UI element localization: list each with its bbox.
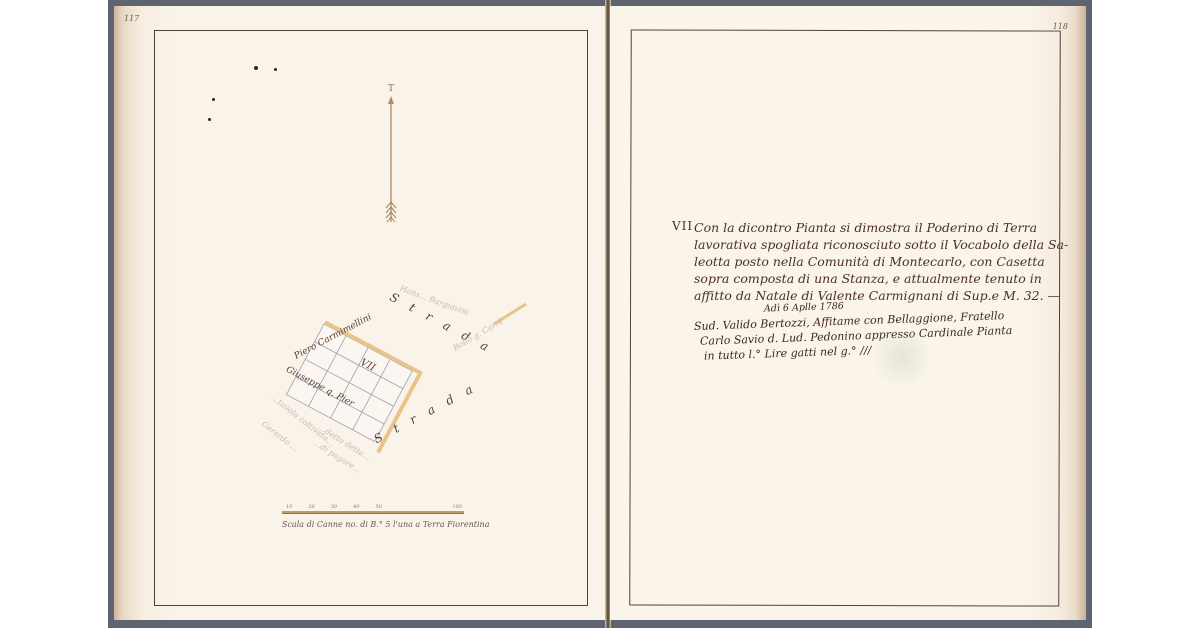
scale-ticks: 10 20 30 40 50 100 [282,504,464,510]
paragraph-line: Con la dicontro Pianta si dimostra il Po… [694,219,1054,236]
property-map: S t r a d a S t r a d a Piero Carmimelli… [264,266,534,476]
book-scan: 117 T [108,0,1092,628]
scale-caption: Scala di Canne no. di B.° 5 l'una a Terr… [282,520,464,529]
entry-text-block: VII Con la dicontro Pianta si dimostra i… [694,219,1054,364]
map-scale-bar: 10 20 30 40 50 100 Scala di Canne no. di… [282,504,464,529]
folio-number-left: 117 [124,14,139,23]
right-page: 118 VII Con la dicontro Pianta si dimost… [610,6,1086,620]
scale-line [282,511,464,514]
ink-spot [274,68,277,71]
ink-spot [254,66,258,70]
ink-spot [212,98,215,101]
left-page: 117 T [114,6,608,620]
paragraph-line: leotta posto nella Comunità di Montecarl… [694,253,1054,270]
ink-spot [208,118,211,121]
north-arrow-icon: T [384,88,398,228]
paragraph-line: sopra composta di una Stanza, e attualme… [694,270,1054,287]
paragraph-line: lavorativa spogliata riconosciuto sotto … [694,236,1054,253]
compass-label: T [382,84,400,94]
entry-number: VII [672,219,693,233]
